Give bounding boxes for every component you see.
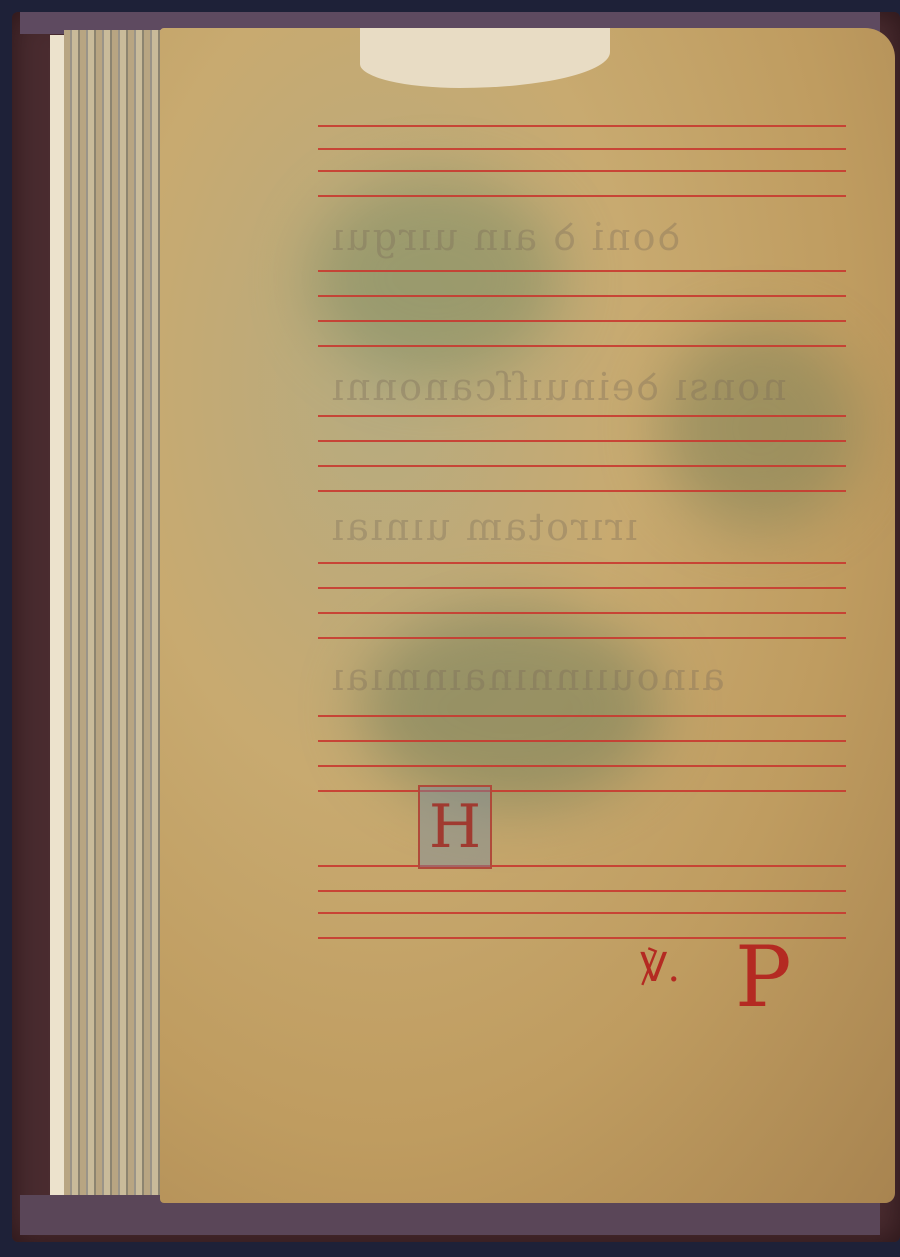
staff-line bbox=[318, 490, 846, 492]
decorated-initial: H bbox=[418, 785, 492, 869]
staff-line bbox=[318, 890, 846, 892]
staff-line bbox=[318, 740, 846, 742]
show-through-text: aınouıınnınaınmıaı bbox=[330, 655, 725, 699]
staff-line bbox=[318, 195, 846, 197]
staff-line bbox=[318, 587, 846, 589]
staff-line bbox=[318, 912, 846, 914]
staff-line bbox=[318, 170, 846, 172]
staff-line bbox=[318, 715, 846, 717]
staff-line bbox=[318, 125, 846, 127]
staff-line bbox=[318, 345, 846, 347]
parchment-page bbox=[160, 28, 895, 1203]
staff-line bbox=[318, 562, 846, 564]
staff-line bbox=[318, 612, 846, 614]
page-edges bbox=[64, 30, 174, 1195]
staff-line bbox=[318, 270, 846, 272]
versicle-mark: ℣. bbox=[640, 945, 680, 991]
staff-line bbox=[318, 440, 846, 442]
staff-line bbox=[318, 790, 846, 792]
staff-line bbox=[318, 295, 846, 297]
rubric-letter: P bbox=[735, 928, 792, 1026]
staff-line bbox=[318, 465, 846, 467]
show-through-text: ırırotam uınıaı bbox=[330, 505, 638, 549]
show-through-text: nonsı ꝺeinuıſſcanonnı bbox=[330, 360, 787, 412]
staff-line bbox=[318, 148, 846, 150]
staff-line bbox=[318, 637, 846, 639]
staff-line bbox=[318, 765, 846, 767]
staff-line bbox=[318, 320, 846, 322]
staff-line bbox=[318, 865, 846, 867]
stain bbox=[660, 328, 860, 528]
show-through-text: ꝺoni ꝺ aın uırguı bbox=[330, 210, 680, 262]
staff-line bbox=[318, 415, 846, 417]
stain bbox=[310, 178, 560, 378]
